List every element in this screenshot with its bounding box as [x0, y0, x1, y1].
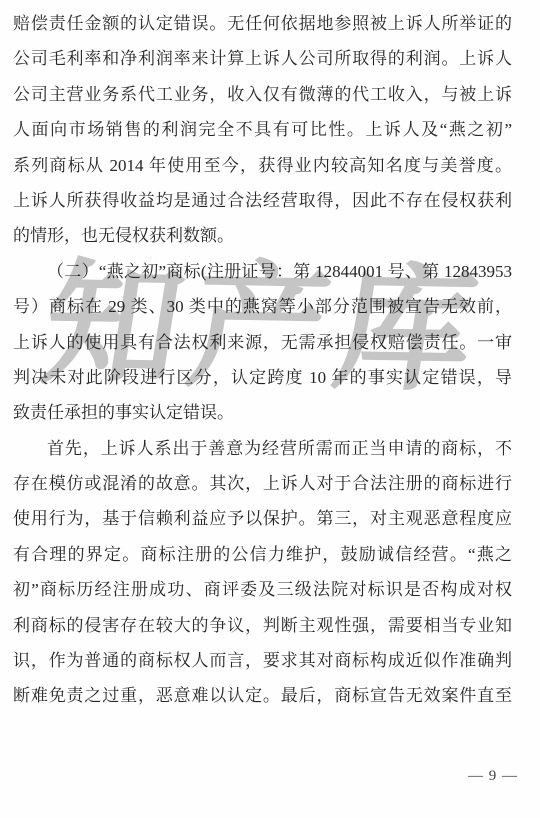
text-line: 上诉人的使用具有合法权利来源，无需承担侵权赔偿责任。一审: [13, 325, 512, 360]
text-line: 的情形，也无侵权获利数额。: [13, 218, 512, 253]
page-number: — 9 —: [468, 768, 518, 785]
text-line: 系列商标从 2014 年使用至今，获得业内较高知名度与美誉度。: [13, 148, 512, 183]
text-line: 识，作为普通的商标权人而言，要求其对商标构成近似作准确判: [13, 643, 512, 678]
text-line: 使用行为，基于信赖利益应予以保护。第三，对主观恶意程度应: [13, 501, 512, 536]
text-line: 号）商标在 29 类、30 类中的燕窝等小部分范围被宣告无效前，: [13, 289, 512, 324]
text-line: 公司毛利率和净利润率来计算上诉人公司所取得的利润。上诉人: [13, 41, 512, 76]
document-page: 知产库 赔偿责任金额的认定错误。无任何依据地参照被上诉人所举证的公司毛利率和净利…: [0, 0, 540, 818]
text-line: 有合理的界定。商标注册的公信力维护，鼓励诚信经营。“燕之: [13, 537, 512, 572]
text-line: 判决未对此阶段进行区分，认定跨度 10 年的事实认定错误，导: [13, 360, 512, 395]
text-line: 断难免责之过重，恶意难以认定。最后，商标宣告无效案件直至: [13, 678, 512, 713]
text-line: 上诉人所获得收益均是通过合法经营取得，因此不存在侵权获利: [13, 183, 512, 218]
text-line: 初”商标历经注册成功、商评委及三级法院对标识是否构成对权: [13, 572, 512, 607]
text-line: 公司主营业务系代工业务，收入仅有微薄的代工收入，与被上诉: [13, 77, 512, 112]
text-line: 利商标的侵害存在较大的争议，判断主观性强，需要相当专业知: [13, 608, 512, 643]
text-line: 首先，上诉人系出于善意为经营所需而正当申请的商标，不: [13, 431, 512, 466]
text-line: 赔偿责任金额的认定错误。无任何依据地参照被上诉人所举证的: [13, 6, 512, 41]
text-line: 存在模仿或混淆的故意。其次，上诉人对于合法注册的商标进行: [13, 466, 512, 501]
text-line: （二）“燕之初”商标(注册证号：第 12844001 号、第 12843953: [13, 254, 512, 289]
text-line: 致责任承担的事实认定错误。: [13, 395, 512, 430]
text-line: 人面向市场销售的利润完全不具有可比性。上诉人及“燕之初”: [13, 112, 512, 147]
document-body: 赔偿责任金额的认定错误。无任何依据地参照被上诉人所举证的公司毛利率和净利润率来计…: [13, 6, 512, 714]
